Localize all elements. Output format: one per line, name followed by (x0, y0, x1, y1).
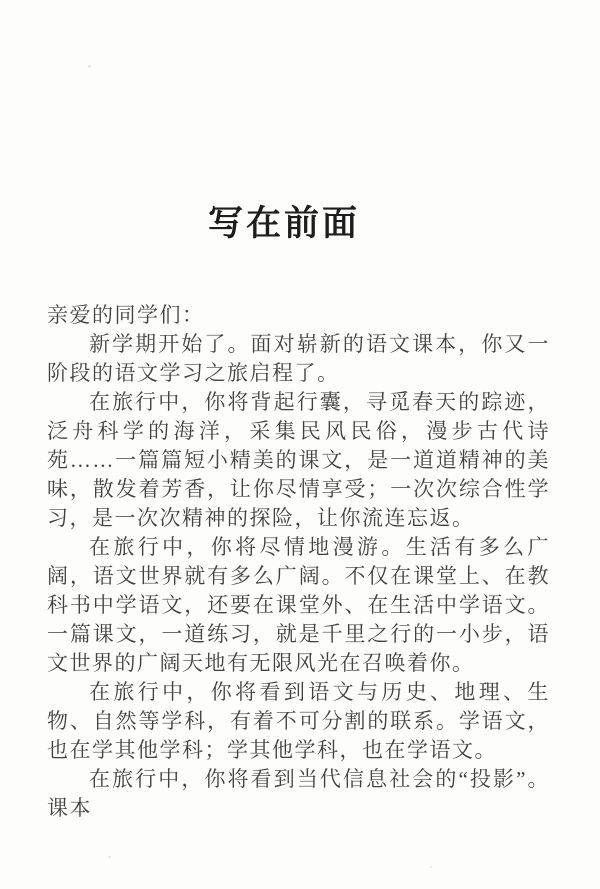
scanned-textbook-page: 写在前面 亲爱的同学们： 新学期开始了。面对崭新的语文课本，你又一阶段的语文学习… (0, 0, 600, 889)
paragraph: 新学期开始了。面对崭新的语文课本，你又一阶段的语文学习之旅启程了。 (47, 330, 550, 388)
salutation: 亲爱的同学们： (47, 301, 550, 330)
paragraph: 在旅行中，你将看到当代信息社会的“投影”。课本 (47, 765, 550, 823)
paragraph: 在旅行中，你将尽情地漫游。生活有多么广阔，语文世界就有多么广阔。不仅在课堂上、在… (47, 533, 550, 678)
paragraph: 在旅行中，你将看到语文与历史、地理、生物、自然等学科，有着不可分割的联系。学语文… (47, 678, 550, 765)
page-title: 写在前面 (0, 196, 568, 246)
body-text: 亲爱的同学们： 新学期开始了。面对崭新的语文课本，你又一阶段的语文学习之旅启程了… (47, 301, 550, 823)
scan-speck (88, 65, 91, 68)
scan-speck (430, 866, 432, 868)
scan-speck (108, 856, 111, 858)
paragraph: 在旅行中，你将背起行囊，寻觅春天的踪迹，泛舟科学的海洋，采集民风民俗，漫步古代诗… (47, 388, 550, 533)
